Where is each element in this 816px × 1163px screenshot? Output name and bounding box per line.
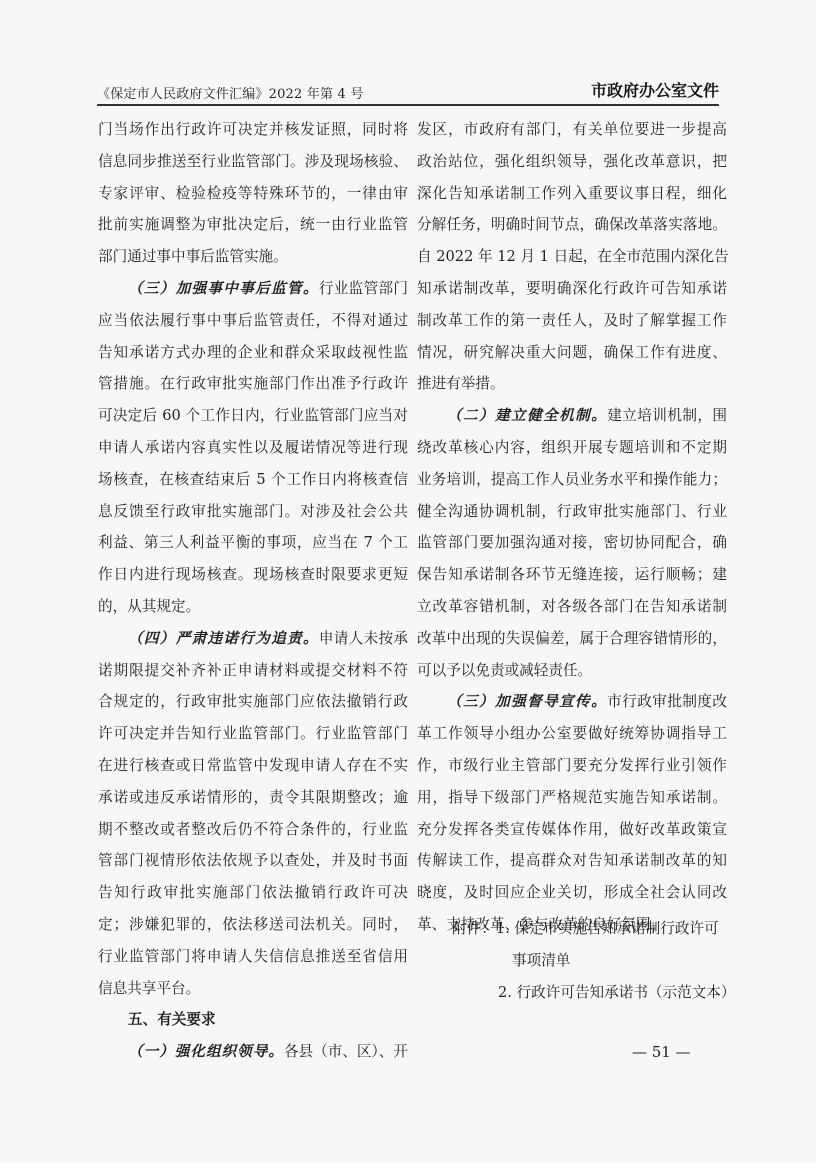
section-3-title: （三）加强事中事后监管。 bbox=[128, 280, 319, 297]
text-line: 诺期限提交补齐补正申请材料或提交材料不符 bbox=[98, 655, 408, 687]
req-3-title: （三）加强督导宣传。 bbox=[447, 693, 607, 710]
text-line: 申请人承诺内容真实性以及履诺情况等进行现 bbox=[98, 432, 408, 464]
text-line: 期不整改或者整改后仍不符合条件的，行业监 bbox=[98, 814, 408, 846]
section-4-title: （四）严肃违诺行为追责。 bbox=[128, 630, 319, 647]
req-2-first-line: （二）建立健全机制。建立培训机制，围 bbox=[417, 400, 727, 432]
text-line: 信息同步推送至行业监管部门。涉及现场核验、 bbox=[98, 146, 408, 178]
text-line: 可决定后 60 个工作日内，行业监管部门应当对 bbox=[98, 400, 408, 432]
text-line: 健全沟通协调机制，行政审批实施部门、行业 bbox=[417, 496, 727, 528]
text-line: 管部门视情形依法依规予以查处，并及时书面 bbox=[98, 845, 408, 877]
text-line: 承诺或违反承诺情形的，责令其限期整改；逾 bbox=[98, 782, 408, 814]
left-column: 门当场作出行政许可决定并核发证照，同时将 信息同步推送至行业监管部门。涉及现场核… bbox=[98, 114, 408, 1068]
text-line: 分解任务，明确时间节点，确保改革落实落地。 bbox=[417, 209, 727, 241]
req-1-first-line: （一）强化组织领导。各县（市、区）、开 bbox=[98, 1036, 408, 1068]
text-line: 知承诺制改革，要明确深化行政许可告知承诺 bbox=[417, 273, 727, 305]
text-line: 推进有举措。 bbox=[417, 368, 727, 400]
attachment-1: 附件：1. 保定市实施告知承诺制行政许可 bbox=[452, 913, 735, 945]
text-line: 定；涉嫌犯罪的，依法移送司法机关。同时， bbox=[98, 909, 408, 941]
text-line: 保告知承诺制各环节无缝连接，运行顺畅；建 bbox=[417, 559, 727, 591]
page-header: 《保定市人民政府文件汇编》2022 年第 4 号 市政府办公室文件 bbox=[97, 78, 719, 102]
text-line: 业务培训，提高工作人员业务水平和操作能力； bbox=[417, 464, 727, 496]
page-number: — 51 — bbox=[632, 1043, 691, 1061]
attachments-list: 附件：1. 保定市实施告知承诺制行政许可 事项清单 2. 行政许可告知承诺书（示… bbox=[452, 913, 735, 1008]
text-line: 的，从其规定。 bbox=[98, 591, 408, 623]
attachment-1-continued: 事项清单 bbox=[452, 945, 735, 977]
text-line: 立改革容错机制，对各级各部门在告知承诺制 bbox=[417, 591, 727, 623]
section-title: 市政府办公室文件 bbox=[591, 78, 719, 101]
text-line: 息反馈至行政审批实施部门。对涉及社会公共 bbox=[98, 496, 408, 528]
section-3-first-line: （三）加强事中事后监管。行业监管部门 bbox=[98, 273, 408, 305]
req-2-title: （二）建立健全机制。 bbox=[447, 407, 607, 424]
text-line: 门当场作出行政许可决定并核发证照，同时将 bbox=[98, 114, 408, 146]
right-column: 发区，市政府有部门，有关单位要进一步提高 政治站位，强化组织领导，强化改革意识，… bbox=[417, 114, 727, 941]
text-line: 行业监管部门将申请人失信信息推送至省信用 bbox=[98, 941, 408, 973]
text-line: 情况，研究解决重大问题，确保工作有进度、 bbox=[417, 337, 727, 369]
text-line: 晓度，及时回应企业关切，形成全社会认同改 bbox=[417, 877, 727, 909]
text-line: 许可决定并告知行业监管部门。行业监管部门 bbox=[98, 718, 408, 750]
text-line: 告知行政审批实施部门依法撤销行政许可决 bbox=[98, 877, 408, 909]
text-line: 信息共享平台。 bbox=[98, 973, 408, 1005]
text-line: 制改革工作的第一责任人，及时了解掌握工作 bbox=[417, 305, 727, 337]
text-line: 绕改革核心内容，组织开展专题培训和不定期 bbox=[417, 432, 727, 464]
text-line: 监管部门要加强沟通对接，密切协同配合，确 bbox=[417, 527, 727, 559]
attachment-2: 2. 行政许可告知承诺书（示范文本） bbox=[452, 977, 735, 1009]
text-line: 合规定的，行政审批实施部门应依法撤销行政 bbox=[98, 686, 408, 718]
text-line: 在进行核查或日常监管中发现申请人存在不实 bbox=[98, 750, 408, 782]
text-line: 作，市级行业主管部门要充分发挥行业引领作 bbox=[417, 750, 727, 782]
text-line: 自 2022 年 12 月 1 日起，在全市范围内深化告 bbox=[417, 241, 727, 273]
req-1-title: （一）强化组织领导。 bbox=[128, 1043, 284, 1060]
text-line: 革工作领导小组办公室要做好统筹协调指导工 bbox=[417, 718, 727, 750]
section-5-heading: 五、有关要求 bbox=[98, 1004, 408, 1036]
text-line: 深化告知承诺制工作列入重要议事日程，细化 bbox=[417, 178, 727, 210]
text-line: 场核查，在核查结束后 5 个工作日内将核查信 bbox=[98, 464, 408, 496]
text-line: 改革中出现的失误偏差，属于合理容错情形的， bbox=[417, 623, 727, 655]
text-line: 可以予以免责或减轻责任。 bbox=[417, 655, 727, 687]
text-line: 应当依法履行事中事后监管责任，不得对通过 bbox=[98, 305, 408, 337]
text-line: 利益、第三人利益平衡的事项，应当在 7 个工 bbox=[98, 527, 408, 559]
text-line: 作日内进行现场核查。现场核查时限要求更短 bbox=[98, 559, 408, 591]
text-line: 专家评审、检验检疫等特殊环节的，一律由审 bbox=[98, 178, 408, 210]
text-line: 传解读工作，提高群众对告知承诺制改革的知 bbox=[417, 845, 727, 877]
section-4-first-line: （四）严肃违诺行为追责。申请人未按承 bbox=[98, 623, 408, 655]
text-line: 告知承诺方式办理的企业和群众采取歧视性监 bbox=[98, 337, 408, 369]
req-3-first-line: （三）加强督导宣传。市行政审批制度改 bbox=[417, 686, 727, 718]
header-divider bbox=[97, 104, 719, 106]
publication-title: 《保定市人民政府文件汇编》2022 年第 4 号 bbox=[97, 83, 364, 102]
text-line: 发区，市政府有部门，有关单位要进一步提高 bbox=[417, 114, 727, 146]
text-line: 部门通过事中事后监管实施。 bbox=[98, 241, 408, 273]
text-line: 用，指导下级部门严格规范实施告知承诺制。 bbox=[417, 782, 727, 814]
text-line: 管措施。在行政审批实施部门作出准予行政许 bbox=[98, 368, 408, 400]
text-line: 政治站位，强化组织领导，强化改革意识，把 bbox=[417, 146, 727, 178]
text-line: 充分发挥各类宣传媒体作用，做好改革政策宣 bbox=[417, 814, 727, 846]
text-line: 批前实施调整为审批决定后，统一由行业监管 bbox=[98, 209, 408, 241]
